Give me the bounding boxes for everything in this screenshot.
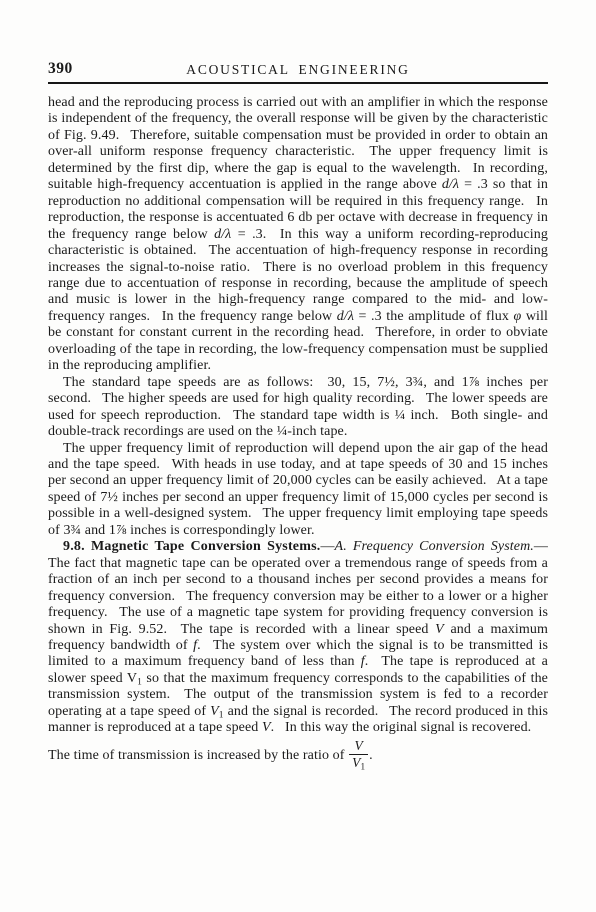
paragraph-section-9-8-conversion-systems: 9.8. Magnetic Tape Conversion Systems.—A… [48, 539, 548, 736]
text-segment: 1 [360, 761, 365, 771]
text-segment: d/λ [214, 227, 231, 242]
text-segment: V [262, 720, 271, 735]
text-segment: . [369, 748, 373, 763]
book-page: 390 ACOUSTICAL ENGINEERING head and the … [0, 0, 596, 912]
running-title: ACOUSTICAL ENGINEERING [48, 62, 548, 78]
text-segment: The time of transmission is increased by… [48, 748, 348, 763]
text-segment: V [210, 704, 219, 719]
text-segment: The standard tape speeds are as follows:… [48, 375, 548, 439]
text-segment: A. Frequency Conversion System. [335, 539, 534, 554]
fraction-v-over-v1: VV1 [349, 739, 368, 770]
paragraph-transmission-time-ratio: The time of transmission is increased by… [48, 740, 548, 771]
text-segment: V [354, 738, 362, 753]
section-heading-text: 9.8. Magnetic Tape Conversion Systems. [63, 539, 320, 554]
fraction-numerator: V [349, 739, 368, 755]
text-segment: The upper frequency limit of reproductio… [48, 441, 548, 538]
text-segment: d/λ [442, 177, 459, 192]
text-segment: = .3 the amplitude of flux [354, 309, 513, 324]
text-block: head and the reproducing process is carr… [48, 95, 548, 771]
text-segment: — [320, 539, 334, 554]
text-segment: . In this way the original signal is rec… [271, 720, 532, 735]
paragraph-recording-compensation: head and the reproducing process is carr… [48, 95, 548, 375]
text-segment: V [435, 622, 444, 637]
header-rule [48, 82, 548, 84]
text-segment: d/λ [337, 309, 354, 324]
paragraph-tape-speeds: The standard tape speeds are as follows:… [48, 375, 548, 441]
page-header: 390 ACOUSTICAL ENGINEERING [48, 60, 548, 82]
fraction-denominator: V1 [349, 755, 368, 770]
paragraph-upper-frequency-limit: The upper frequency limit of reproductio… [48, 441, 548, 540]
